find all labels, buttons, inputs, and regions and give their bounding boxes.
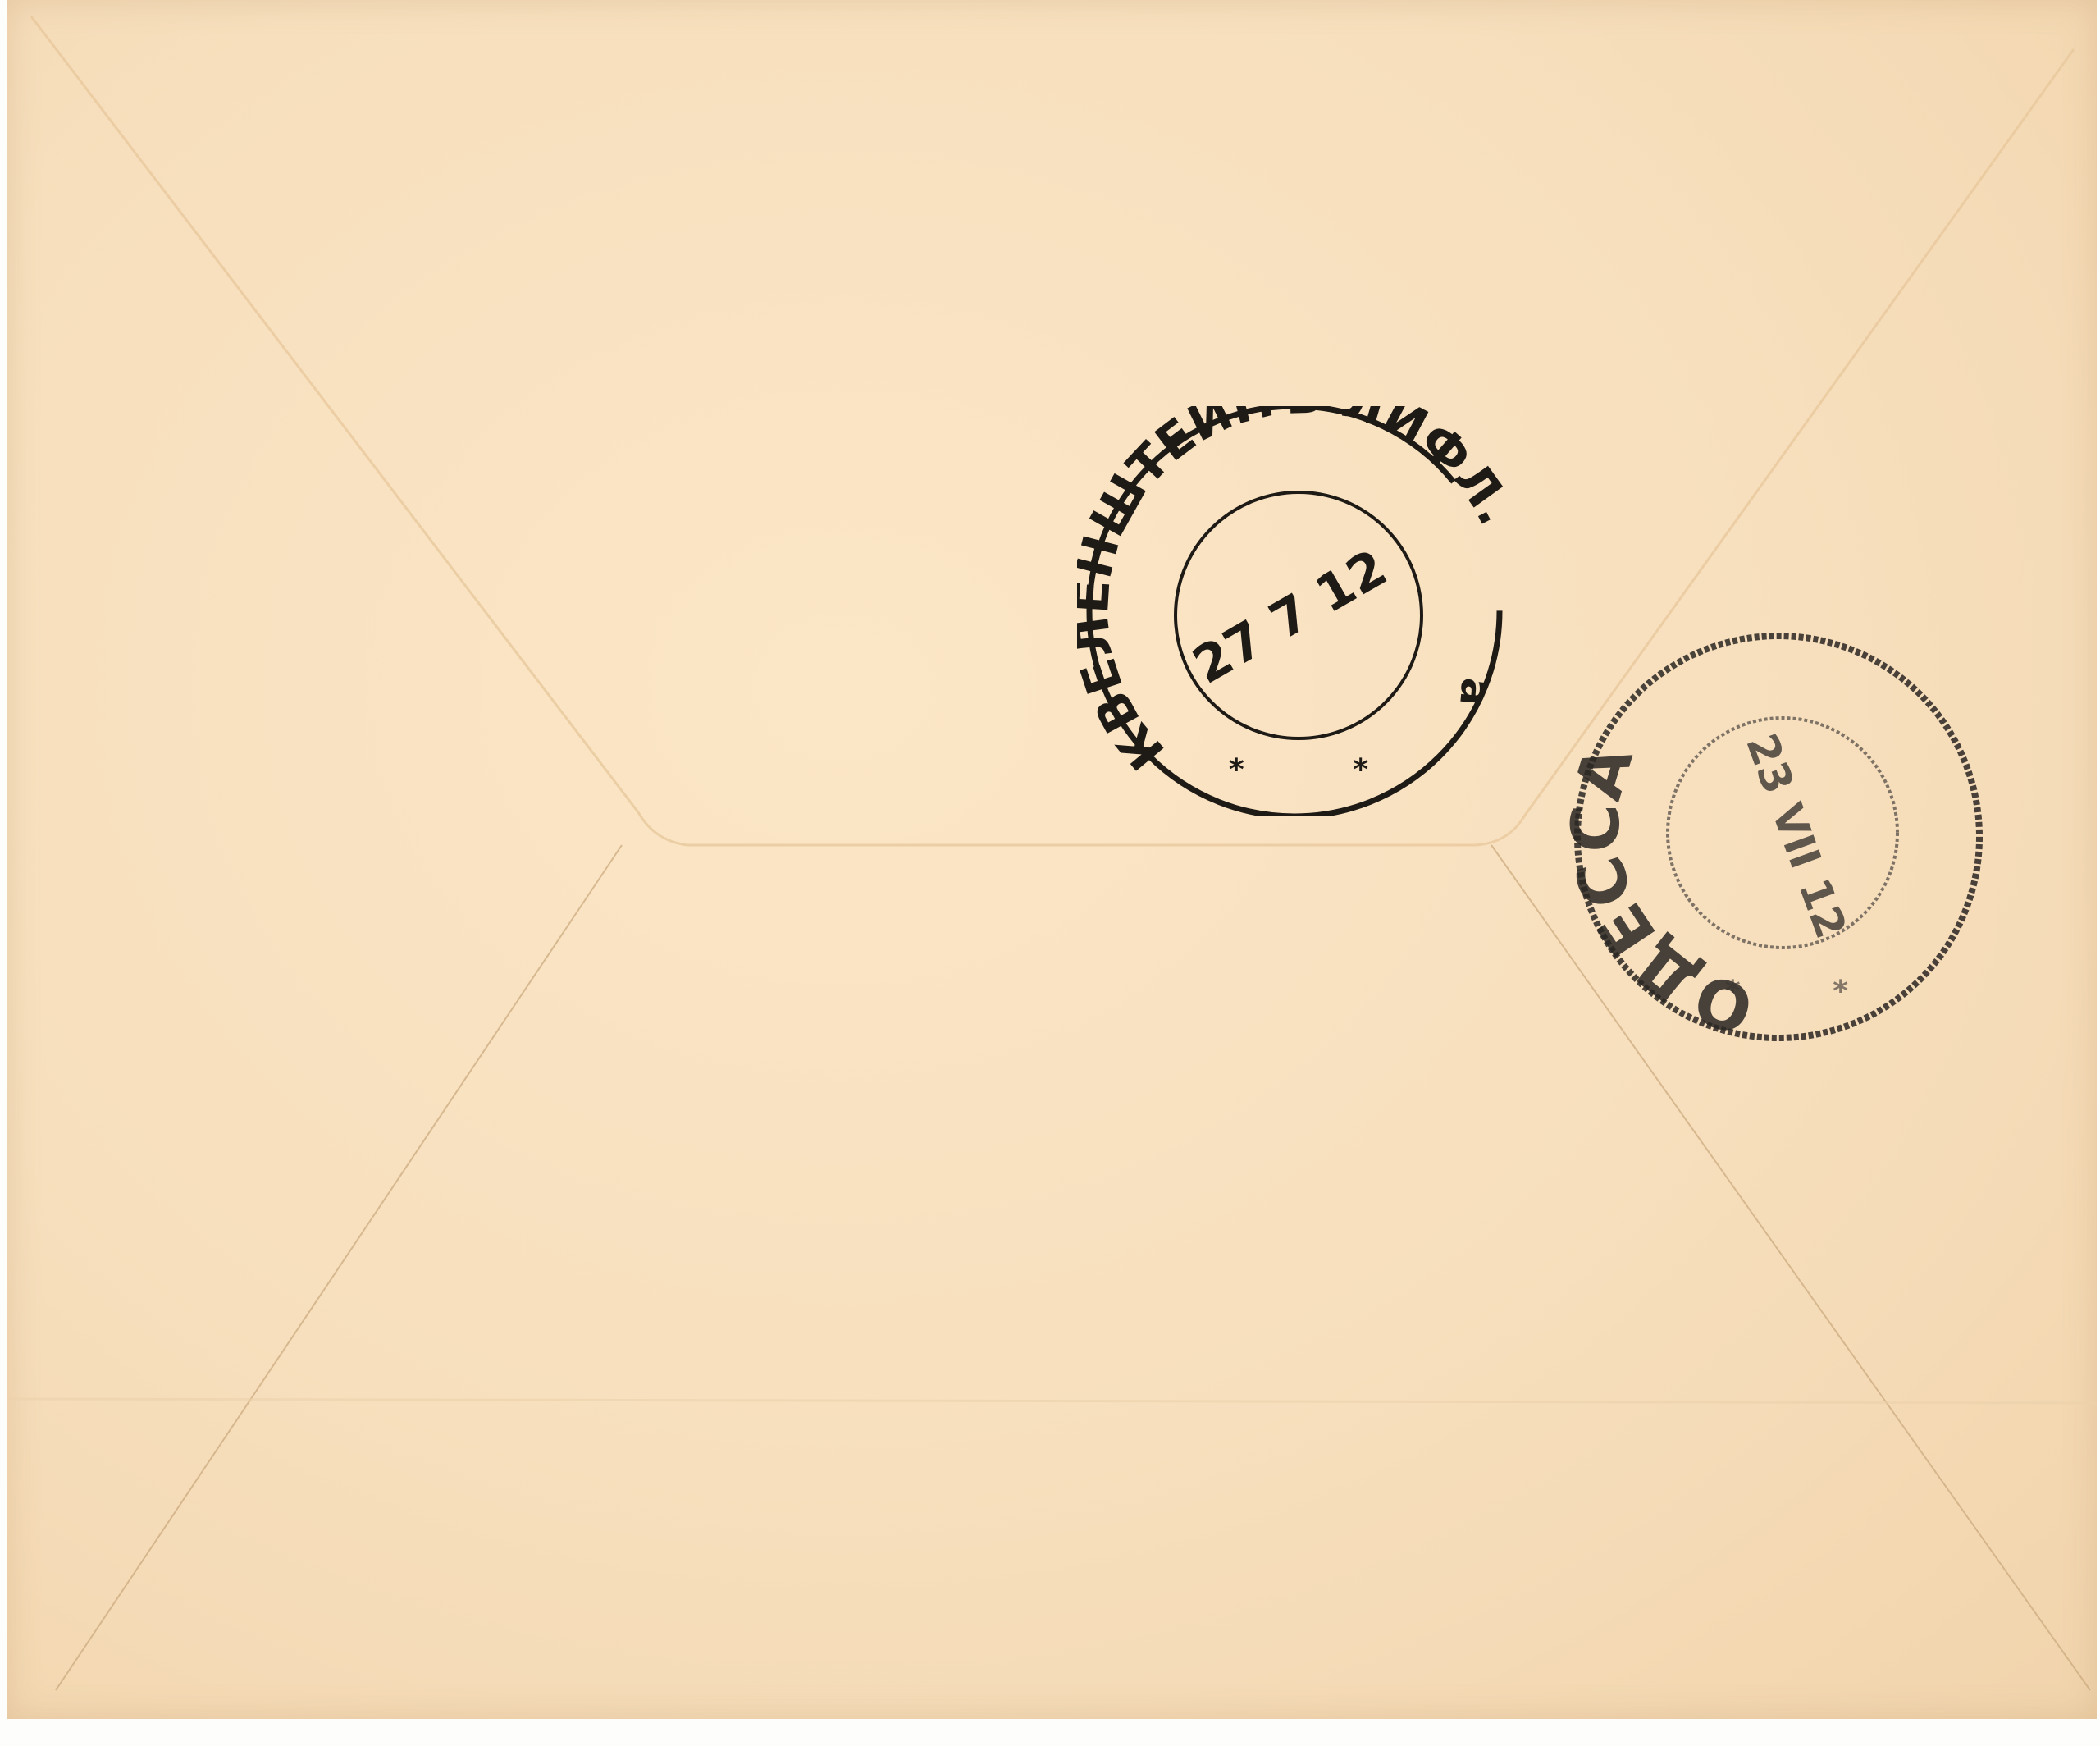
envelope-back: КВЕЛЕНШТЕЙНЪ ЛИФЛ. а 27 7 12 * * ОДЕССА …: [7, 0, 2097, 1719]
odessa-marks: * *: [1725, 975, 1889, 1008]
odessa-postmark: ОДЕССА 23 VII 12 * *: [1561, 628, 1988, 1046]
odessa-date: 23 VII 12: [1736, 728, 1855, 945]
postmark-stars: * *: [1229, 753, 1417, 787]
kvelenshtein-date: 27 7 12: [1183, 537, 1397, 696]
kvelenshtein-postmark: КВЕЛЕНШТЕЙНЪ ЛИФЛ. а 27 7 12 * *: [1077, 406, 1520, 816]
series-letter: а: [1450, 676, 1500, 708]
